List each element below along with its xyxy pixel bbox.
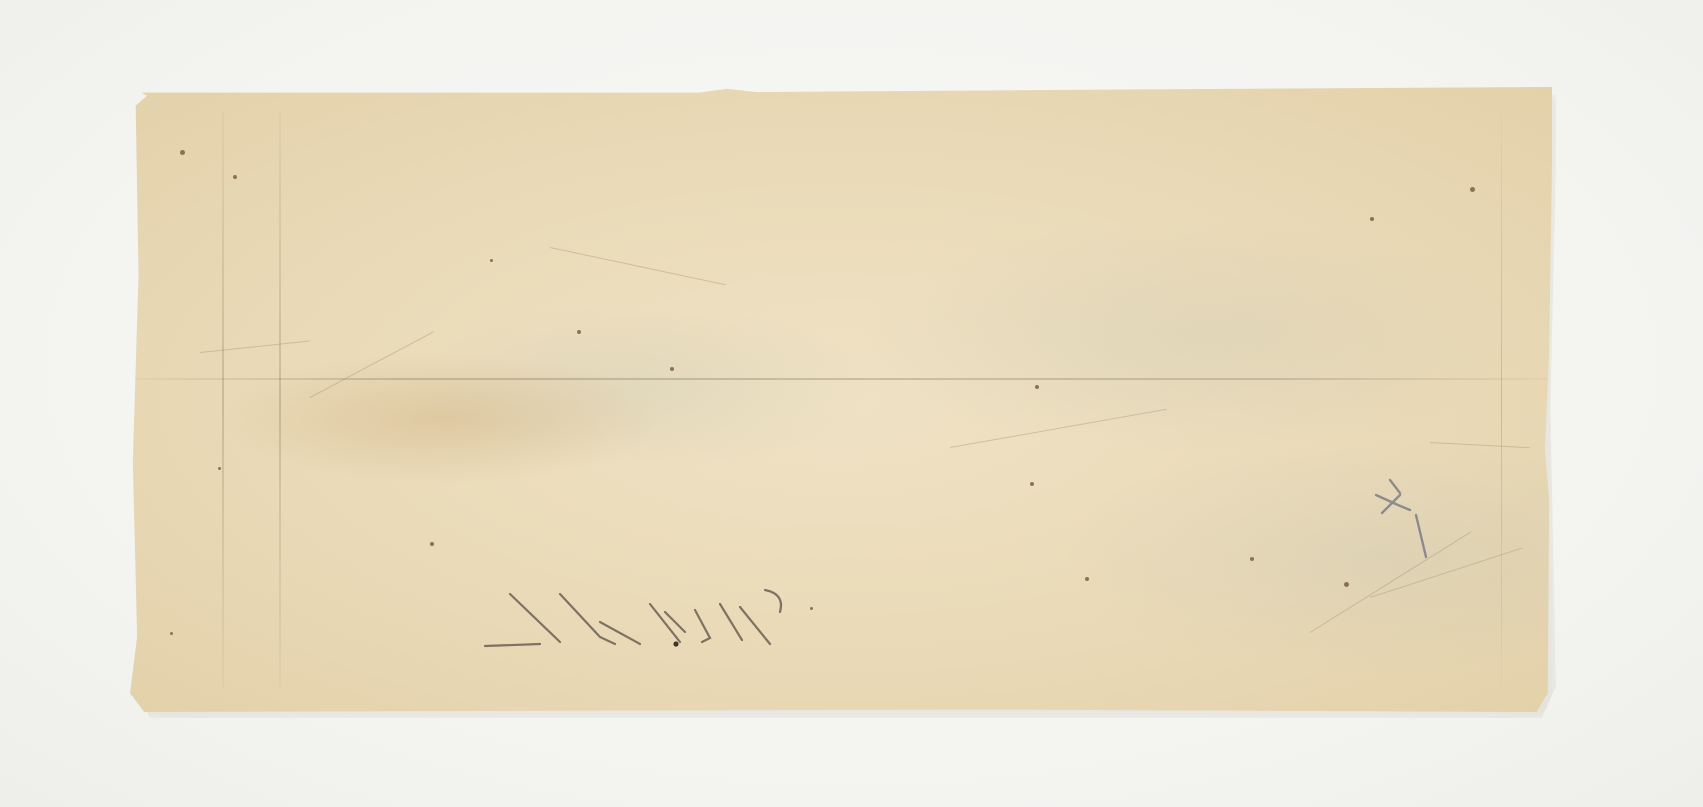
foxing-spot — [430, 542, 434, 546]
foxing-spot — [810, 607, 813, 610]
foxing-spot — [233, 175, 237, 179]
handwritten-signature — [480, 582, 800, 652]
foxing-spot — [1085, 577, 1089, 581]
vertical-fold-line — [279, 112, 281, 687]
vertical-fold-line — [222, 112, 224, 687]
foxing-spot — [1344, 582, 1349, 587]
pencil-mark-8 — [1368, 475, 1448, 565]
paper-crease — [950, 409, 1167, 448]
paper-crease — [310, 331, 434, 398]
foxing-spot — [1250, 557, 1254, 561]
foxing-spot — [1470, 187, 1475, 192]
foxing-spot — [180, 150, 185, 155]
foxing-spot — [1035, 385, 1039, 389]
foxing-spot — [1030, 482, 1034, 486]
foxing-spot — [670, 367, 674, 371]
vertical-fold-line — [1501, 112, 1503, 687]
paper-crease — [550, 247, 726, 285]
foxing-spot — [218, 467, 221, 470]
foxing-spot — [170, 632, 173, 635]
paper-crease — [200, 341, 310, 353]
foxing-spot — [490, 259, 493, 262]
foxing-spot — [577, 330, 581, 334]
banknote-reverse — [130, 87, 1552, 712]
paper-crease — [1430, 442, 1530, 448]
foxing-spot — [1370, 217, 1374, 221]
